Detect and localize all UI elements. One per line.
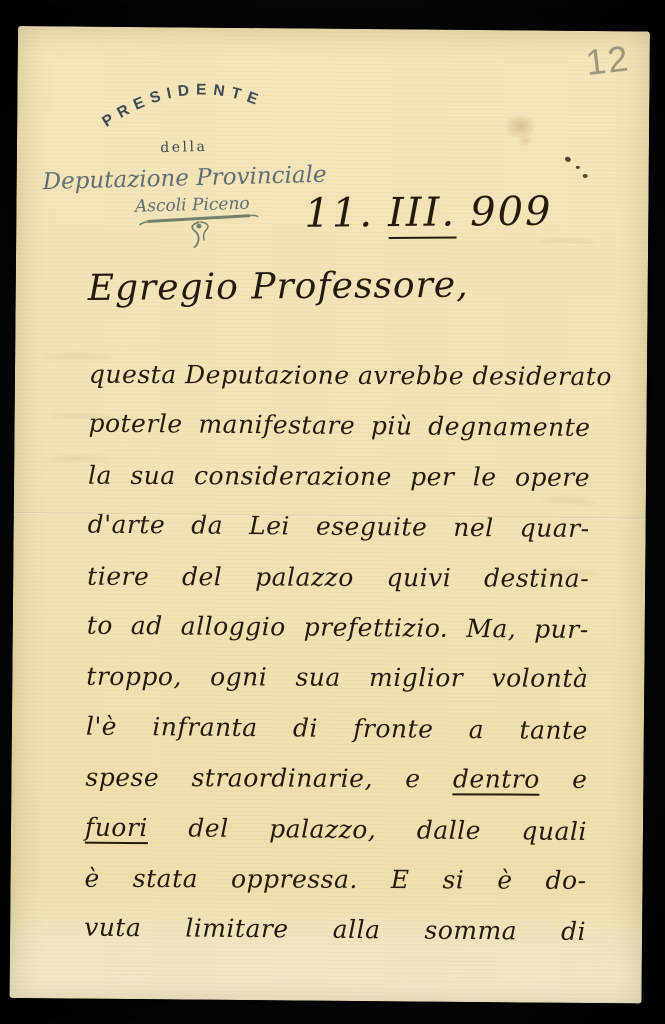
letter-line: tiere del palazzo quivi destina- [87,551,589,604]
letterhead-organization: Deputazione Provinciale [41,162,327,195]
ink-bleed-mark [43,354,113,365]
letter-line: fuori del palazzo, dalle quali [85,802,587,857]
letter-line: troppo, ogni sua miglior volontà [86,652,588,705]
letter-line: d'arte da Lei eseguite nel quar- [87,500,589,555]
letterhead: PRESIDENTE della Deputazione Provinciale… [36,48,331,256]
letter-salutation: Egregio Professore, [88,265,469,309]
date-year: 909 [470,189,553,236]
paper-stain [505,114,535,138]
letter-date: 11.III.909 [304,189,567,237]
letter-line: poterle manifestare più degnamente [88,399,590,454]
date-day: 11. [304,190,374,237]
archival-page-number: 12 [584,36,642,84]
letterhead-subtitle: della [160,139,207,156]
ink-speck [576,166,580,169]
letterhead-title: PRESIDENTE [98,80,266,131]
letter-line: l'è infranta di fronte a tante [86,701,588,756]
letterhead-location: Ascoli Piceno [133,194,250,217]
letter-line: to ad alloggio prefettizio. Ma, pur- [87,601,589,656]
ink-bleed-mark [536,239,596,250]
letter-paper: 12 PRESIDENTE della Deputazione Provinci… [10,26,650,1003]
letter-line: è stata oppressa. E si è do- [84,854,586,907]
letter-body: questa Deputazione avrebbe desideratopot… [84,349,591,958]
svg-text:PRESIDENTE: PRESIDENTE [98,80,266,131]
ink-speck [583,174,588,178]
ink-speck [564,156,572,163]
letter-line: la sua considerazione per le opere [88,451,590,504]
letter-line: vuta limitare alla somma di [84,903,586,958]
letter-line: spese straordinarie, e dentro e [85,753,587,806]
date-month: III. [388,189,457,239]
letterhead-ornament-icon [140,215,259,248]
letter-line: questa Deputazione avrebbe desiderato [89,350,591,403]
paper-stain [517,134,533,146]
